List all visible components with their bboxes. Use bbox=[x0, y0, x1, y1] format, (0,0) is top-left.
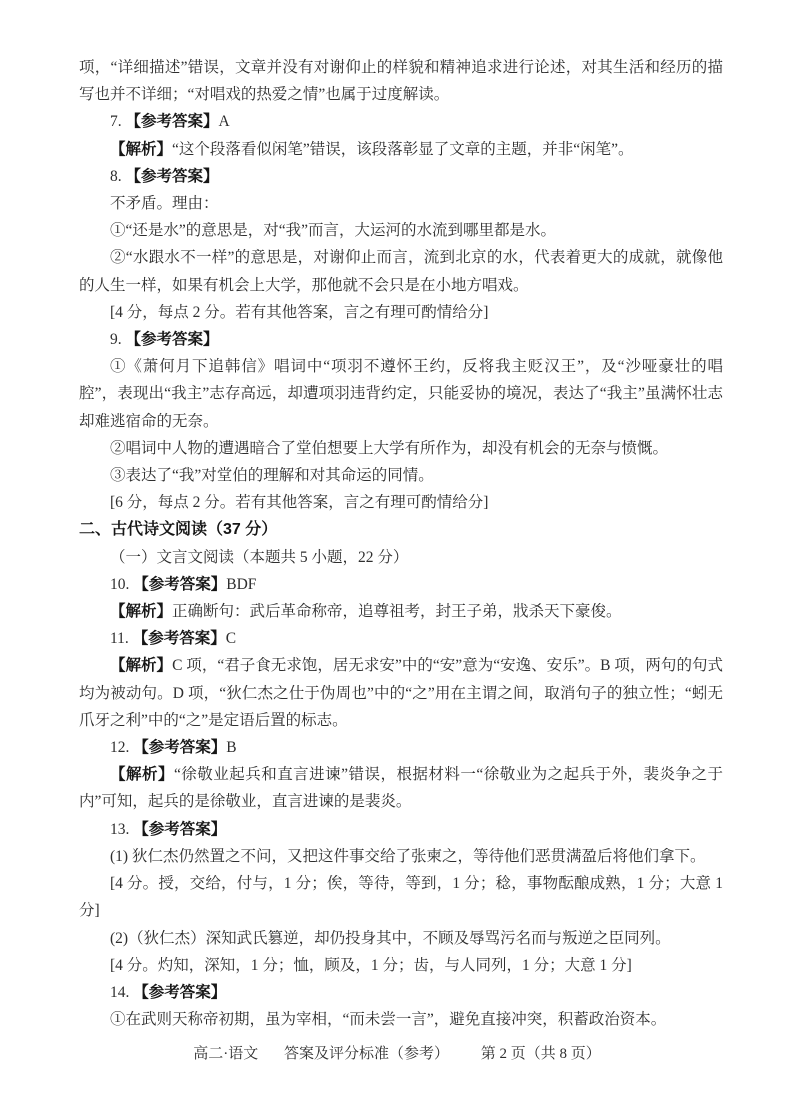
text-run: BDF bbox=[226, 576, 256, 593]
subsection-heading-2-1: （一）文言文阅读（本题共 5 小题，22 分） bbox=[79, 544, 723, 571]
score-note-8: [4 分，每点 2 分。若有其他答案，言之有理可酌情给分] bbox=[79, 299, 723, 326]
text-run: 二、古代诗文阅读（37 分） bbox=[79, 521, 277, 538]
score-note-13-2: [4 分。灼知，深知，1 分；恤，顾及，1 分；齿，与人同列，1 分；大意 1 … bbox=[79, 952, 723, 979]
text-run: 10. bbox=[110, 576, 133, 593]
text-run: [4 分，每点 2 分。若有其他答案，言之有理可酌情给分] bbox=[110, 304, 488, 321]
bold-label: 【解析】 bbox=[110, 766, 174, 783]
bold-label: 【解析】 bbox=[110, 141, 172, 158]
text-run: 不矛盾。理由： bbox=[110, 195, 219, 212]
text-run: C 项，“君子食无求饱，居无求安”中的“安”意为“安逸、安乐”。B 项，两句的句… bbox=[79, 657, 723, 728]
answer-11: 11. 【参考答案】C bbox=[79, 625, 723, 652]
answer-13: 13. 【参考答案】 bbox=[79, 816, 723, 843]
text-run: 项，“详细描述”错误，文章并没有对谢仰止的样貌和精神追求进行论述，对其生活和经历… bbox=[79, 59, 723, 103]
answer-9-point-2: ②唱词中人物的遭遇暗合了堂伯想要上大学有所作为，却没有机会的无奈与愤慨。 bbox=[79, 435, 723, 462]
bold-label: 【参考答案】 bbox=[126, 331, 219, 348]
bold-label: 【参考答案】 bbox=[133, 576, 226, 593]
bold-label: 【参考答案】 bbox=[126, 113, 219, 130]
page-footer: 高二·语文 答案及评分标准（参考） 第 2 页（共 8 页） bbox=[0, 1042, 800, 1063]
text-run: 7. bbox=[110, 113, 126, 130]
carryover-analysis: 项，“详细描述”错误，文章并没有对谢仰止的样貌和精神追求进行论述，对其生活和经历… bbox=[79, 54, 723, 108]
answer-14: 14. 【参考答案】 bbox=[79, 979, 723, 1006]
answer-13-2: (2)（狄仁杰）深知武氏篡逆，却仍投身其中，不顾及辱骂污名而与叛逆之臣同列。 bbox=[79, 925, 723, 952]
text-run: A bbox=[219, 113, 230, 130]
bold-label: 【参考答案】 bbox=[126, 168, 219, 185]
analysis-7: 【解析】“这个段落看似闲笔”错误，该段落彰显了文章的主题，并非“闲笔”。 bbox=[79, 136, 723, 163]
bold-label: 【参考答案】 bbox=[133, 739, 226, 756]
text-run: ③表达了“我”对堂伯的理解和对其命运的同情。 bbox=[110, 467, 434, 484]
exam-answer-key-page: 项，“详细描述”错误，文章并没有对谢仰止的样貌和精神追求进行论述，对其生活和经历… bbox=[0, 0, 800, 1114]
answer-9: 9. 【参考答案】 bbox=[79, 326, 723, 353]
answer-8-point-2: ②“水跟水不一样”的意思是，对谢仰止而言，流到北京的水，代表着更大的成就，就像他… bbox=[79, 244, 723, 298]
text-run: 11. bbox=[110, 630, 133, 647]
answer-8: 8. 【参考答案】 bbox=[79, 163, 723, 190]
bold-label: 【参考答案】 bbox=[133, 821, 226, 838]
analysis-11: 【解析】C 项，“君子食无求饱，居无求安”中的“安”意为“安逸、安乐”。B 项，… bbox=[79, 652, 723, 734]
footer-document-title: 答案及评分标准（参考） bbox=[284, 1046, 449, 1062]
text-run: 9. bbox=[110, 331, 126, 348]
text-run: ②“水跟水不一样”的意思是，对谢仰止而言，流到北京的水，代表着更大的成就，就像他… bbox=[79, 249, 723, 293]
answer-12: 12. 【参考答案】B bbox=[79, 734, 723, 761]
text-run: “徐敬业起兵和直言进谏”错误，根据材料一“徐敬业为之起兵于外，裴炎争之于内”可知… bbox=[79, 766, 723, 810]
answer-10: 10. 【参考答案】BDF bbox=[79, 571, 723, 598]
text-run: 8. bbox=[110, 168, 126, 185]
text-run: (2)（狄仁杰）深知武氏篡逆，却仍投身其中，不顾及辱骂污名而与叛逆之臣同列。 bbox=[110, 930, 671, 947]
text-run: [6 分，每点 2 分。若有其他答案，言之有理可酌情给分] bbox=[110, 494, 488, 511]
text-run: (1) 狄仁杰仍然置之不问，又把这件事交给了张柬之，等待他们恶贯满盈后将他们拿下… bbox=[110, 848, 705, 865]
answer-14-point-1: ①在武则天称帝初期，虽为宰相，“而未尝一言”，避免直接冲突，积蓄政治资本。 bbox=[79, 1006, 723, 1033]
footer-page-number: 第 2 页（共 8 页） bbox=[481, 1046, 601, 1062]
text-run: 14. bbox=[110, 984, 133, 1001]
bold-label: 【解析】 bbox=[110, 603, 172, 620]
text-run: （一）文言文阅读（本题共 5 小题，22 分） bbox=[110, 549, 408, 566]
text-run: [4 分。灼知，深知，1 分；恤，顾及，1 分；齿，与人同列，1 分；大意 1 … bbox=[110, 957, 632, 974]
text-run: 正确断句：武后革命称帝，追尊祖考，封王子弟，戕杀天下豪俊。 bbox=[172, 603, 622, 620]
section-heading-2: 二、古代诗文阅读（37 分） bbox=[79, 516, 723, 543]
text-run: 13. bbox=[110, 821, 133, 838]
text-run: ②唱词中人物的遭遇暗合了堂伯想要上大学有所作为，却没有机会的无奈与愤慨。 bbox=[110, 440, 668, 457]
text-run: 12. bbox=[110, 739, 133, 756]
text-run: [4 分。授，交给，付与，1 分；俟，等待，等到，1 分；稔，事物酝酿成熟，1 … bbox=[79, 875, 723, 919]
text-run: ①在武则天称帝初期，虽为宰相，“而未尝一言”，避免直接冲突，积蓄政治资本。 bbox=[110, 1011, 666, 1028]
answer-7: 7. 【参考答案】A bbox=[79, 108, 723, 135]
bold-label: 【参考答案】 bbox=[133, 630, 226, 647]
text-run: B bbox=[226, 739, 236, 756]
bold-label: 【解析】 bbox=[110, 657, 172, 674]
bold-label: 【参考答案】 bbox=[133, 984, 226, 1001]
score-note-13-1: [4 分。授，交给，付与，1 分；俟，等待，等到，1 分；稔，事物酝酿成熟，1 … bbox=[79, 870, 723, 924]
text-run: “这个段落看似闲笔”错误，该段落彰显了文章的主题，并非“闲笔”。 bbox=[172, 141, 634, 158]
score-note-9: [6 分，每点 2 分。若有其他答案，言之有理可酌情给分] bbox=[79, 489, 723, 516]
text-run: C bbox=[226, 630, 236, 647]
footer-course-label: 高二·语文 bbox=[193, 1046, 258, 1062]
answer-8-intro: 不矛盾。理由： bbox=[79, 190, 723, 217]
answers-content: 项，“详细描述”错误，文章并没有对谢仰止的样貌和精神追求进行论述，对其生活和经历… bbox=[79, 54, 723, 1033]
text-run: ①《萧何月下追韩信》唱词中“项羽不遵怀王约，反将我主贬汉王”，及“沙哑豪壮的唱腔… bbox=[79, 358, 723, 429]
answer-13-1: (1) 狄仁杰仍然置之不问，又把这件事交给了张柬之，等待他们恶贯满盈后将他们拿下… bbox=[79, 843, 723, 870]
text-run: ①“还是水”的意思是，对“我”而言，大运河的水流到哪里都是水。 bbox=[110, 222, 556, 239]
answer-9-point-3: ③表达了“我”对堂伯的理解和对其命运的同情。 bbox=[79, 462, 723, 489]
analysis-10: 【解析】正确断句：武后革命称帝，追尊祖考，封王子弟，戕杀天下豪俊。 bbox=[79, 598, 723, 625]
analysis-12: 【解析】“徐敬业起兵和直言进谏”错误，根据材料一“徐敬业为之起兵于外，裴炎争之于… bbox=[79, 761, 723, 815]
answer-8-point-1: ①“还是水”的意思是，对“我”而言，大运河的水流到哪里都是水。 bbox=[79, 217, 723, 244]
answer-9-point-1: ①《萧何月下追韩信》唱词中“项羽不遵怀王约，反将我主贬汉王”，及“沙哑豪壮的唱腔… bbox=[79, 353, 723, 435]
